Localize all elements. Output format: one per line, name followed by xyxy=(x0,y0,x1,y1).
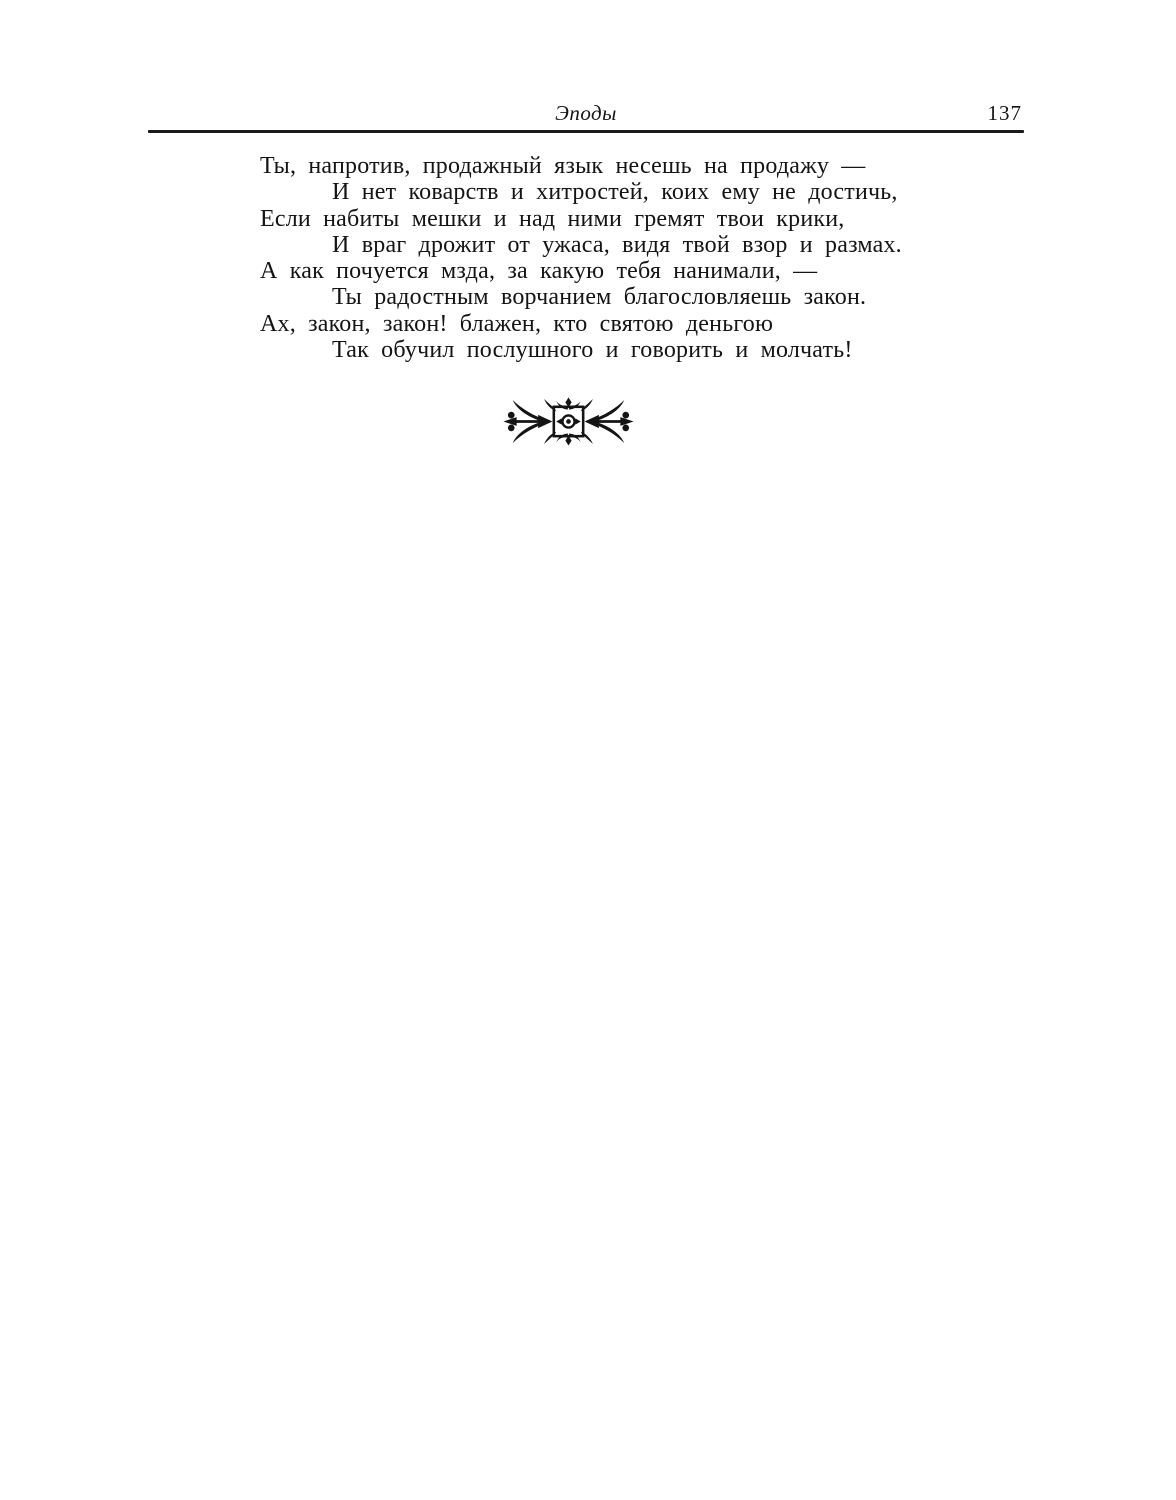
poem-line: И враг дрожит от ужаса, видя твой взор и… xyxy=(332,232,1000,258)
floral-end-fleuron-icon xyxy=(500,397,637,446)
poem-line: Если набиты мешки и над ними гремят твои… xyxy=(260,206,1000,232)
poem-line: Ты радостным ворчанием благословляешь за… xyxy=(332,284,1000,310)
header-rule xyxy=(148,130,1024,133)
poem-stanza: Ты, напротив, продажный язык несешь на п… xyxy=(260,153,1000,363)
book-page: Эподы 137 Ты, напротив, продажный язык н… xyxy=(0,0,1176,1500)
poem-line: И нет коварств и хитростей, коих ему не … xyxy=(332,179,1000,205)
running-title: Эподы xyxy=(555,101,617,126)
poem-line: Ах, закон, закон! блажен, кто святою ден… xyxy=(260,311,1000,337)
poem-line: Ты, напротив, продажный язык несешь на п… xyxy=(260,153,1000,179)
poem-line: Так обучил послушного и говорить и молча… xyxy=(332,337,1000,363)
poem-line: А как почуется мзда, за какую тебя наним… xyxy=(260,258,1000,284)
page-number: 137 xyxy=(988,101,1023,126)
